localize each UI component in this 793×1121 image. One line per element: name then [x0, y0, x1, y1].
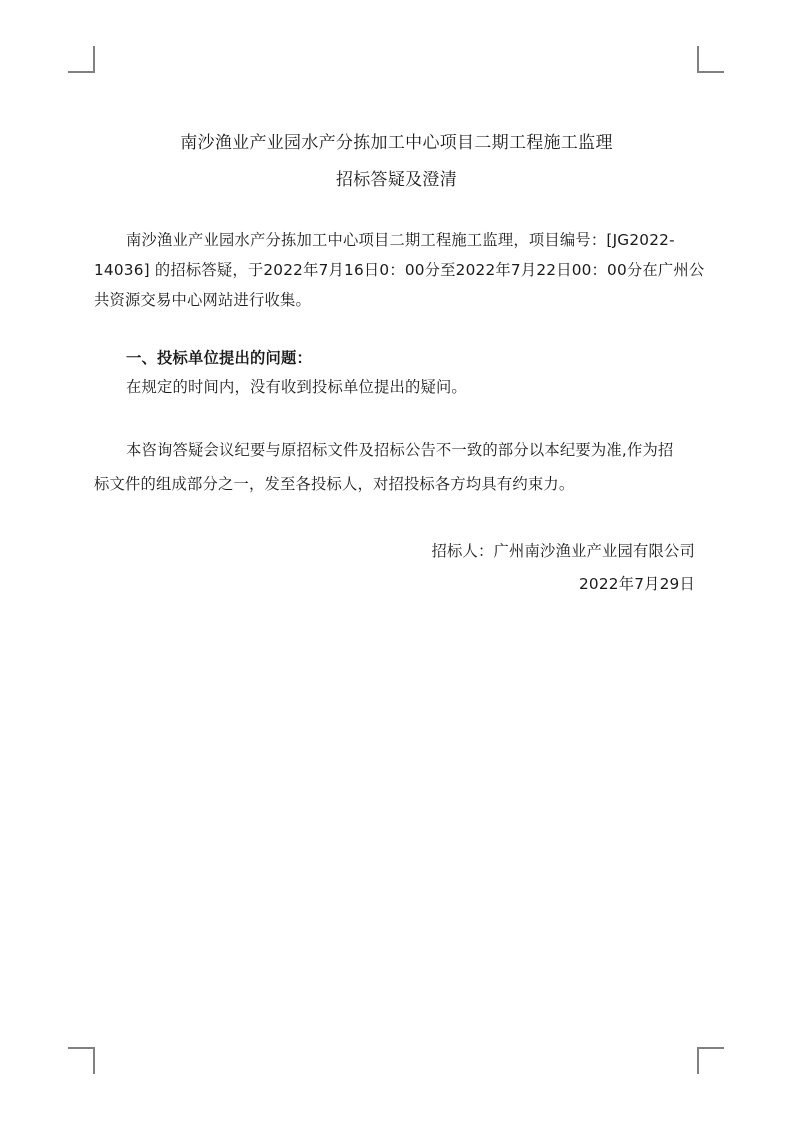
intro-line-2: 14036] 的招标答疑，于2022年7月16日0：00分至2022年7月22日…	[94, 260, 704, 280]
crop-mark-top-left	[68, 46, 95, 73]
crop-mark-top-right	[697, 46, 724, 73]
signature-issuer: 招标人：广州南沙渔业产业园有限公司	[432, 541, 695, 561]
intro-line-3: 共资源交易中心网站进行收集。	[94, 290, 311, 310]
section1-body: 在规定的时间内，没有收到投标单位提出的疑问。	[126, 377, 467, 397]
statement-line-1: 本咨询答疑会议纪要与原招标文件及招标公告不一致的部分以本纪要为准,作为招	[126, 440, 673, 460]
document-page: 南沙渔业产业园水产分拣加工中心项目二期工程施工监理 招标答疑及澄清 南沙渔业产业…	[0, 0, 793, 1121]
statement-line-2: 标文件的组成部分之一，发至各投标人，对招投标各方均具有约束力。	[94, 474, 574, 494]
section1-heading: 一、投标单位提出的问题：	[126, 348, 312, 368]
crop-mark-bottom-right	[697, 1047, 724, 1074]
intro-line-1: 南沙渔业产业园水产分拣加工中心项目二期工程施工监理，项目编号：[JG2022-	[126, 230, 675, 250]
document-title-line2: 招标答疑及澄清	[0, 169, 793, 191]
signature-date: 2022年7月29日	[579, 574, 695, 594]
document-title-line1: 南沙渔业产业园水产分拣加工中心项目二期工程施工监理	[0, 132, 793, 154]
crop-mark-bottom-left	[68, 1047, 95, 1074]
